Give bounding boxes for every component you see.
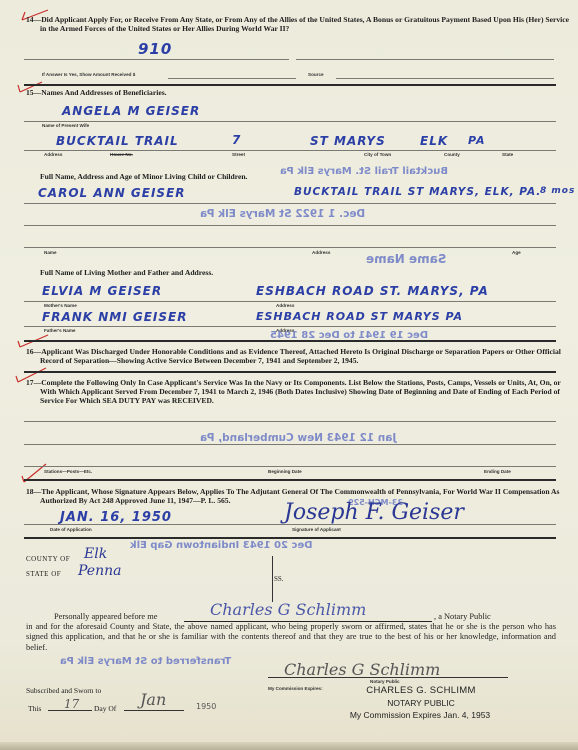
notary-stamp-name: CHARLES G. SCHLIMM <box>346 685 496 696</box>
this-label: This <box>28 704 41 713</box>
mother-address-value: ESHBACH ROAD ST. MARYS, PA <box>256 284 489 298</box>
divider <box>24 247 556 248</box>
divider <box>24 150 556 151</box>
amount-received-label: If Answer Is Yes, Show Amount Received $ <box>42 72 135 77</box>
child-address-label: Address <box>312 250 330 255</box>
child-address-value: BUCKTAIL TRAIL ST MARYS, ELK, PA. <box>294 186 541 198</box>
month-field <box>124 710 184 711</box>
street-label: Street <box>232 152 245 157</box>
child-name-label: Name <box>44 250 57 255</box>
amount-received-field[interactable] <box>168 78 296 79</box>
address-label: Address <box>44 152 62 157</box>
child-age-label: Age <box>512 250 521 255</box>
q14-handwritten-answer: 910 <box>138 40 172 58</box>
notary-paragraph: in and for the aforesaid County and Stat… <box>26 622 556 653</box>
bleed-through-text: Dec. 1 1922 St Marys Elk Pa <box>200 208 365 220</box>
page-edge <box>0 742 578 750</box>
father-name-label: Father's Name <box>44 328 75 333</box>
wife-name-value: ANGELA M GEISER <box>62 104 200 118</box>
city-label: City of Town <box>364 152 391 157</box>
divider <box>24 421 556 422</box>
child-age-value: 8 mos <box>540 186 575 196</box>
date-of-application-label: Date of Application <box>50 527 92 532</box>
date-of-application-value: JAN. 16, 1950 <box>60 510 172 525</box>
child-name-value: CAROL ANN GEISER <box>38 186 186 200</box>
section-divider <box>24 371 556 373</box>
notary-signature: Charles G Schlimm <box>210 600 366 619</box>
month-value: Jan <box>140 690 166 709</box>
divider <box>24 326 556 327</box>
bleed-through-text: Jan 12 1943 New Cumberland, Pa <box>200 432 396 444</box>
section-divider <box>24 340 556 342</box>
source-label: Source <box>308 72 324 77</box>
source-field[interactable] <box>336 78 554 79</box>
divider <box>24 121 556 122</box>
state-value: Penna <box>78 563 121 579</box>
stations-label: Stations—Posts—Etc. <box>44 469 92 474</box>
house-no-label: House No. <box>110 152 133 157</box>
address-value: BUCKTAIL TRAIL <box>56 134 179 148</box>
mother-name-label: Mother's Name <box>44 303 77 308</box>
notary-stamp-expires: My Commission Expires Jan. 4, 1953 <box>330 710 510 720</box>
divider <box>24 203 556 204</box>
subscribed-label: Subscribed and Sworn to <box>26 686 101 695</box>
notary-intro: Personally appeared before me <box>54 612 157 622</box>
signature-label: Signature of Applicant <box>292 527 341 532</box>
ending-date-label: Ending Date <box>484 469 511 474</box>
ss-label: SS. <box>274 575 284 583</box>
notary-public-label: Notary Public <box>370 679 400 684</box>
divider <box>296 59 554 60</box>
section-divider <box>24 84 556 86</box>
divider <box>24 466 556 467</box>
beginning-date-label: Beginning Date <box>268 469 302 474</box>
applicant-signature: Joseph F. Geiser <box>284 500 464 525</box>
mother-address-label: Address <box>276 303 294 308</box>
notary-signature-line <box>268 677 508 678</box>
state-value: PA <box>468 134 486 147</box>
bleed-through-text: Same Name <box>366 252 446 266</box>
notary-stamp-title: NOTARY PUBLIC <box>366 698 476 708</box>
county-value: ELK <box>420 134 448 148</box>
bleed-through-text: Transferred to St Marys Elk Pa <box>60 656 231 667</box>
house-no-value: 7 <box>232 133 241 147</box>
day-of-label: Day Of <box>94 704 116 713</box>
mother-name-value: ELVIA M GEISER <box>42 284 162 298</box>
year-value: 1950 <box>196 702 216 711</box>
father-address-value: ESHBACH ROAD ST MARYS PA <box>256 310 463 323</box>
parents-label: Full Name of Living Mother and Father an… <box>40 268 213 277</box>
bracket <box>268 556 273 602</box>
state-label: State <box>502 152 513 157</box>
divider <box>24 444 556 445</box>
question-15-title: 15—Names And Addresses of Beneficiaries. <box>26 88 167 97</box>
divider <box>24 301 556 302</box>
question-17: 17—Complete the Following Only In Case A… <box>26 378 570 406</box>
state-label: STATE OF <box>26 570 61 578</box>
question-14: 14—Did Applicant Apply For, or Receive F… <box>26 15 570 33</box>
city-value: ST MARYS <box>310 134 386 148</box>
county-label: COUNTY OF <box>26 555 70 563</box>
divider <box>24 225 556 226</box>
day-value: 17 <box>64 697 79 711</box>
father-name-value: FRANK NMI GEISER <box>42 310 187 324</box>
divider <box>24 524 556 525</box>
bleed-through-text: Bucktail Trail St. Marys Elk Pa <box>280 166 448 177</box>
minor-child-label: Full Name, Address and Age of Minor Livi… <box>40 172 247 181</box>
question-16: 16—Applicant Was Discharged Under Honora… <box>26 347 570 365</box>
bleed-through-text: Dec 20 1943 Indiantown Gap Elk <box>130 540 313 551</box>
wife-name-label: Name of Present Wife <box>42 123 89 128</box>
commission-label: My Commission Expires: <box>268 686 323 691</box>
county-label: County <box>444 152 460 157</box>
county-value: Elk <box>84 546 107 562</box>
section-divider <box>24 479 556 481</box>
notary-public-text: , a Notary Public <box>434 612 491 622</box>
divider <box>24 59 289 60</box>
section-divider <box>24 537 556 539</box>
